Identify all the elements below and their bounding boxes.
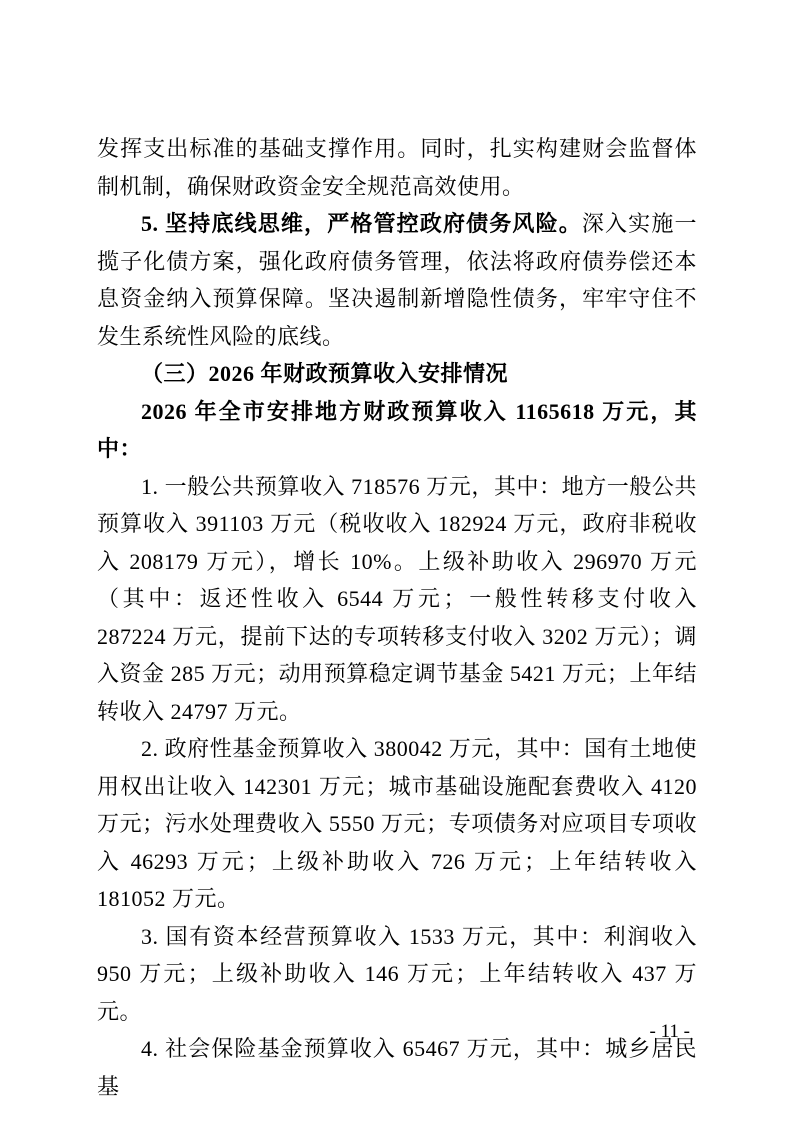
paragraph-text: 1. 一般公共预算收入 718576 万元，其中：地方一般公共预算收入 3911…	[97, 474, 697, 724]
paragraph: 1. 一般公共预算收入 718576 万元，其中：地方一般公共预算收入 3911…	[97, 468, 697, 731]
paragraph: 3. 国有资本经营预算收入 1533 万元，其中：利润收入 950 万元；上级补…	[97, 918, 697, 1031]
paragraph: 2026 年全市安排地方财政预算收入 1165618 万元，其中：	[97, 393, 697, 468]
paragraph-text: 4. 社会保险基金预算收入 65467 万元，其中：城乡居民基	[97, 1036, 697, 1099]
paragraph: 发挥支出标准的基础支撑作用。同时，扎实构建财会监督体制机制，确保财政资金安全规范…	[97, 130, 697, 205]
paragraph: 4. 社会保险基金预算收入 65467 万元，其中：城乡居民基	[97, 1030, 697, 1105]
paragraph-lead-bold: 5. 坚持底线思维，严格管控政府债务风险。	[141, 211, 582, 236]
paragraph-lead-bold: （三）2026 年财政预算收入安排情况	[141, 361, 508, 386]
paragraph: （三）2026 年财政预算收入安排情况	[97, 355, 697, 393]
paragraph: 2. 政府性基金预算收入 380042 万元，其中：国有土地使用权出让收入 14…	[97, 730, 697, 918]
document-page: 发挥支出标准的基础支撑作用。同时，扎实构建财会监督体制机制，确保财政资金安全规范…	[0, 0, 794, 1122]
paragraph-text: 发挥支出标准的基础支撑作用。同时，扎实构建财会监督体制机制，确保财政资金安全规范…	[97, 136, 697, 199]
document-body: 发挥支出标准的基础支撑作用。同时，扎实构建财会监督体制机制，确保财政资金安全规范…	[97, 130, 697, 1105]
page-number: - 11 -	[650, 1020, 690, 1044]
paragraph: 5. 坚持底线思维，严格管控政府债务风险。深入实施一揽子化债方案，强化政府债务管…	[97, 205, 697, 355]
paragraph-lead-bold: 2026 年全市安排地方财政预算收入 1165618 万元，其中：	[97, 399, 697, 462]
paragraph-text: 3. 国有资本经营预算收入 1533 万元，其中：利润收入 950 万元；上级补…	[97, 924, 697, 1024]
paragraph-text: 2. 政府性基金预算收入 380042 万元，其中：国有土地使用权出让收入 14…	[97, 736, 697, 911]
